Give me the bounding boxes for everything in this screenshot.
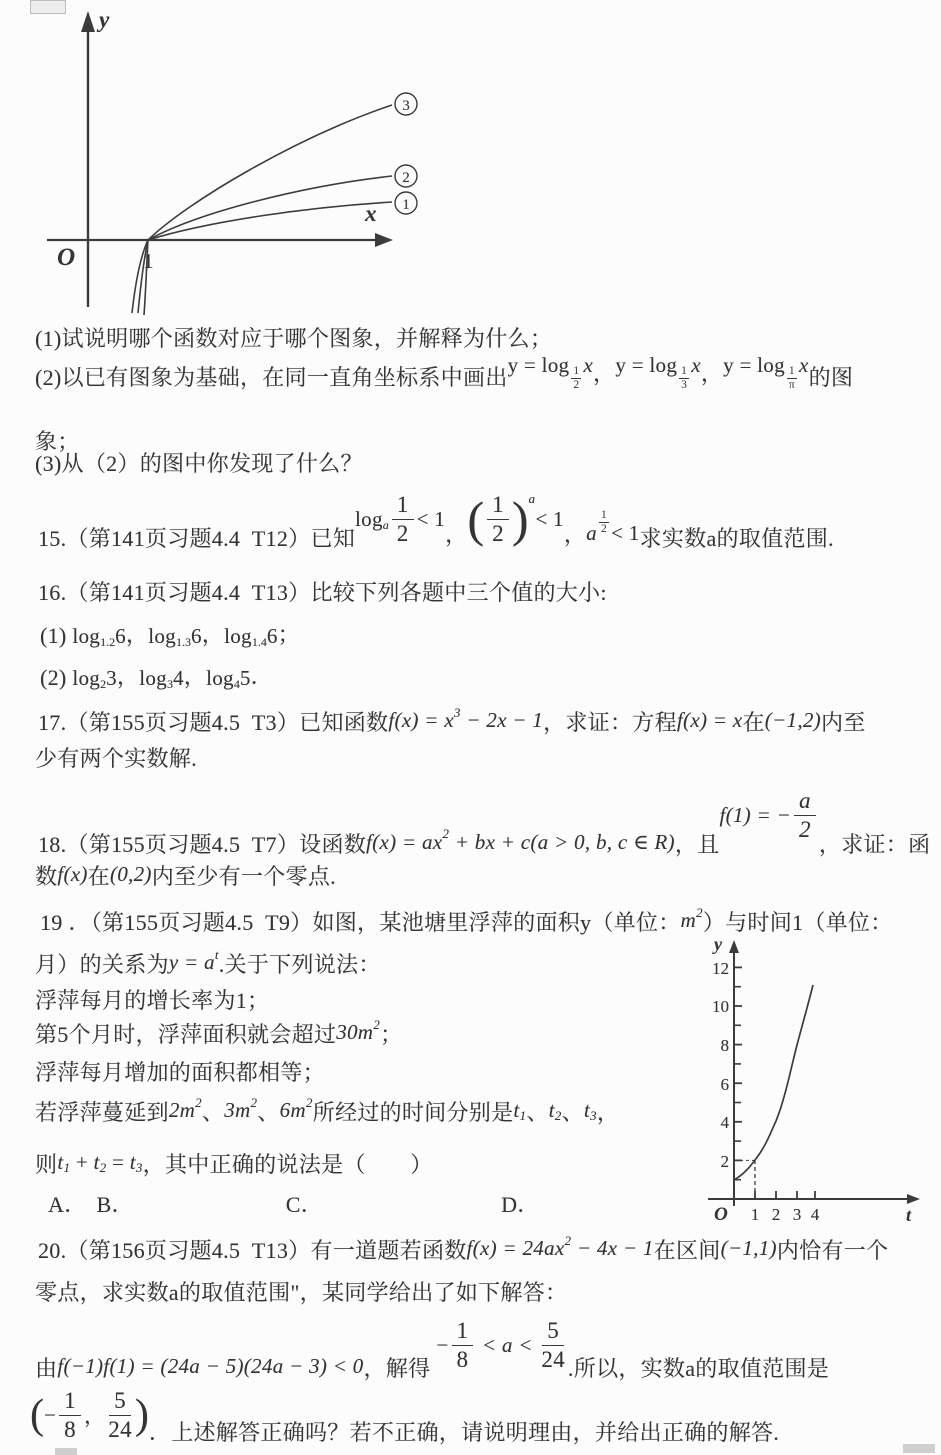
var-subscript: 3: [136, 1160, 143, 1176]
problem-19-statement-2: 第5个月时，浮萍面积就会超过 30m2 ；: [35, 1018, 402, 1049]
log-term: log1.36: [148, 624, 202, 649]
question-1-text: (1)试说明哪个函数对应于哪个图象，并解释为什么；: [35, 322, 552, 353]
y-axis-arrow-icon: [81, 11, 95, 32]
base: a: [586, 521, 597, 546]
operator-plus: +: [70, 1150, 93, 1175]
problem-19-statement-1: 浮萍每月的增长率为1；: [35, 984, 269, 1015]
question-1-line: (1)试说明哪个函数对应于哪个图象，并解释为什么；: [35, 322, 552, 353]
separator: ，: [117, 660, 139, 691]
formula-arg: x: [799, 353, 809, 378]
text: ，其中正确的说法是（ ）: [143, 1148, 433, 1179]
fraction-denominator: π: [789, 379, 795, 392]
minus-sign: −: [436, 1333, 448, 1358]
problem-18-head: 18.（第155页习题4.5 T7）设函数: [38, 828, 366, 859]
separator: 、: [526, 1096, 548, 1127]
left-paren: (: [467, 501, 484, 539]
log-word: log: [148, 624, 176, 649]
unit-6m2: 6m2: [280, 1098, 313, 1123]
separator: ，: [564, 518, 586, 549]
text: ．上述解答正确吗？若不正确，请说明理由，并给出正确的解答.: [149, 1416, 779, 1447]
curve-3: [132, 105, 392, 313]
problem-18-line-2: 数 f(x) 在 (0,2) 内至少有一个零点.: [35, 860, 336, 891]
option-c: C．: [286, 1188, 323, 1219]
problem-20-solution-line: 由 f(−1)f(1) = (24a − 5)(24a − 3) < 0 ，解得…: [35, 1318, 829, 1383]
fraction-denominator: 2: [397, 520, 409, 547]
problem-18-line-1: 18.（第155页习题4.5 T7）设函数 f(x) = ax2 + bx + …: [38, 788, 930, 859]
problem-15-line: 15.（第141页习题4.4 T12）已知 loga12< 1 ， (12)a<…: [38, 492, 834, 553]
relation: < 1: [535, 507, 564, 532]
unit-3m2: 3m2: [224, 1098, 257, 1123]
var-t1: t1: [513, 1098, 526, 1123]
text: 数: [35, 860, 57, 891]
fraction-numerator: 5: [542, 1318, 564, 1346]
problem-19-head: 19 ．（第155页习题4.5 T9）如图，某池塘里浮萍的面积y（单位：: [40, 906, 681, 937]
question-3-text: (3)从（2）的图中你发现了什么？: [35, 447, 363, 478]
fraction: a2: [794, 788, 816, 843]
text: 浮萍每月的增长率为1；: [35, 984, 269, 1015]
unit-exponent: 2: [696, 905, 703, 921]
text: 所经过的时间分别是: [313, 1096, 514, 1127]
unit-30m2: 30m2: [336, 1020, 380, 1045]
document-page: y x O 1 3 2 1 (1)试说明哪个函数对应于哪个图象，并解释为什么； …: [0, 0, 941, 1455]
log-base: 3: [167, 677, 173, 692]
relation: < 1: [417, 507, 446, 532]
text: 浮萍每月增加的面积都相等；: [35, 1056, 325, 1087]
fraction: 18: [452, 1318, 474, 1373]
scan-artifact: [903, 1444, 935, 1453]
text: ，且: [675, 828, 720, 859]
fraction-numerator: 1: [599, 509, 609, 523]
interval-answer: (−18，524): [30, 1388, 149, 1443]
item-label: (1): [40, 623, 72, 649]
log-term: log1.26: [72, 624, 126, 649]
text: ，解得: [363, 1352, 430, 1383]
interval: (−1,2): [765, 708, 821, 733]
problem-17-head: 17.（第155页习题4.5 T3）已知函数: [38, 706, 388, 737]
x-tick-label: 4: [811, 1205, 820, 1224]
text: 由: [35, 1352, 57, 1383]
right-paren: ): [512, 501, 529, 539]
var-t3: t3: [130, 1150, 143, 1175]
separator: ，: [593, 357, 615, 388]
formula-pre: y = a: [169, 950, 215, 975]
formula-y-eq-a-pow-t: y = at: [169, 950, 219, 975]
x-axis-arrow-icon: [907, 1194, 920, 1204]
growth-curve: [734, 985, 813, 1180]
formula-post: − 2x − 1: [461, 708, 543, 733]
problem-15-tail: 求实数a的取值范围.: [640, 522, 834, 553]
formula-fx-cubic: f(x) = x3 − 2x − 1: [388, 708, 543, 733]
curve-2-label: 2: [402, 170, 410, 186]
relation: < 1: [611, 521, 640, 546]
fraction-numerator: 1: [392, 492, 414, 520]
problem-20-line-2: 零点，求实数a的取值范围"，某同学给出了如下解答：: [35, 1276, 567, 1307]
unit-exponent: 2: [306, 1095, 313, 1111]
fraction-denominator: 2: [492, 520, 504, 547]
fraction: 18: [59, 1388, 81, 1443]
right-paren: ): [135, 1400, 149, 1432]
var-subscript: 2: [555, 1108, 562, 1124]
y-tick-label: 12: [712, 959, 729, 978]
formula-post: − 4x − 1: [571, 1236, 653, 1261]
unit-base: 3m: [224, 1098, 250, 1123]
interval: (0,2): [110, 862, 152, 887]
log-base-fraction: 12: [571, 365, 581, 391]
var-subscript: 2: [100, 1160, 107, 1176]
y-axis-arrow-icon: [729, 940, 739, 953]
minus-sign: −: [44, 1403, 56, 1428]
y-tick-label: 6: [721, 1075, 730, 1094]
option-a: A．: [48, 1188, 87, 1219]
y-tick-label: 10: [712, 997, 729, 1016]
formula-log-base-inv-pi: y = log1πx: [723, 352, 808, 378]
formula-pre: f(x) = ax: [366, 830, 442, 855]
inequality-a-range: −18 < a < 524: [436, 1318, 568, 1373]
log-term: log1.46: [224, 624, 278, 649]
question-2-text-end: 的图: [809, 361, 854, 392]
fraction: 524: [108, 1388, 132, 1443]
text: 零点，求实数a的取值范围"，某同学给出了如下解答：: [35, 1276, 567, 1307]
problem-20-line-1: 20.（第156页习题4.5 T13）有一道题若函数 f(x) = 24ax2 …: [38, 1234, 888, 1265]
item-end: ；: [278, 618, 300, 649]
formula-product: f(−1)f(1) = (24a − 5)(24a − 3) < 0: [57, 1354, 363, 1379]
problem-16-head: 16.（第141页习题4.4 T13）比较下列各题中三个值的大小:: [38, 576, 607, 607]
exponent-fraction: 12: [599, 509, 609, 535]
formula-arg: x: [583, 353, 593, 378]
curve-3-label: 3: [402, 98, 410, 114]
y-axis-label: y: [96, 7, 110, 32]
option-b: B．: [97, 1188, 134, 1219]
text: 在区间: [654, 1234, 721, 1265]
x-axis-label: x: [364, 201, 377, 226]
question-3-line: (3)从（2）的图中你发现了什么？: [35, 447, 363, 478]
log-arg: 4: [173, 666, 184, 691]
formula-f1-eq-neg-a-half: f(1) = −a2: [719, 788, 818, 843]
problem-17-line-1: 17.（第155页习题4.5 T3）已知函数 f(x) = x3 − 2x − …: [38, 706, 866, 737]
log-term: log23: [72, 666, 117, 691]
exponent: a: [529, 491, 536, 507]
x-tick-label: 1: [751, 1205, 760, 1224]
formula-arg: x: [691, 353, 701, 378]
formula-half-pow-a: (12)a< 1: [467, 492, 563, 547]
log-arg: 6: [115, 624, 126, 649]
fraction: 12: [487, 492, 509, 547]
formula-24ax2: f(x) = 24ax2 − 4x − 1: [467, 1236, 654, 1261]
log-word: log: [224, 624, 252, 649]
formula-log-base-third: y = log13x: [615, 352, 700, 378]
origin-label: O: [714, 1204, 728, 1225]
text: 第5个月时，浮萍面积就会超过: [35, 1018, 336, 1049]
log-base: 4: [234, 677, 240, 692]
x-tick-label: 3: [793, 1205, 802, 1224]
problem-19-options: A． B． C． D．: [48, 1188, 540, 1219]
log-base: 1.4: [252, 635, 267, 650]
separator: ，: [184, 660, 206, 691]
log-arg: 6: [191, 624, 202, 649]
fraction-denominator: 2: [799, 816, 811, 843]
problem-16-item-2: (2) log23 ， log34 ， log45 ．: [40, 660, 273, 691]
fraction-numerator: 1: [571, 365, 581, 379]
fraction-denominator: 24: [108, 1416, 132, 1443]
left-paren: (: [30, 1400, 44, 1432]
text: 内至少有一个零点.: [152, 860, 336, 891]
log-word: log: [72, 666, 100, 691]
problem-20-head: 20.（第156页习题4.5 T13）有一道题若函数: [38, 1234, 467, 1265]
formula-pre: y = log: [615, 353, 677, 378]
text: 少有两个实数解.: [35, 742, 197, 773]
text: ，: [597, 1096, 619, 1127]
formula-a-pow-half: a12< 1: [586, 520, 639, 546]
fraction-denominator: 8: [457, 1346, 469, 1373]
text: 在: [742, 706, 764, 737]
separator: ，: [84, 1400, 105, 1430]
separator: 、: [257, 1096, 279, 1127]
x-axis-arrow-icon: [375, 233, 393, 247]
log-arg: 5: [240, 666, 251, 691]
fraction-numerator: 1: [487, 492, 509, 520]
curve-1: [144, 202, 392, 315]
fraction-denominator: 2: [573, 379, 579, 392]
fraction-denominator: 2: [601, 523, 607, 536]
separator: ，: [701, 357, 723, 388]
text: ，求证：函: [819, 828, 931, 859]
fraction: 12: [392, 492, 414, 547]
fraction-numerator: 1: [452, 1318, 474, 1346]
unit-base: 6m: [280, 1098, 306, 1123]
text: 月）的关系为: [35, 948, 169, 979]
separator: 、: [562, 1096, 584, 1127]
x-axis-label: t: [906, 1205, 912, 1225]
formula-pre: log: [355, 507, 383, 532]
log-word: log: [139, 666, 167, 691]
log-base: 2: [100, 677, 106, 692]
fraction-denominator: 3: [681, 379, 687, 392]
formula-pre: f(x) = x: [388, 708, 454, 733]
text: ；: [380, 1018, 402, 1049]
fraction-denominator: 24: [541, 1346, 565, 1373]
problem-19-statement-5: 则 t1 + t2 = t3 ，其中正确的说法是（ ）: [35, 1148, 433, 1179]
text: 若浮萍蔓延到: [35, 1096, 169, 1127]
unit-base: 30m: [336, 1020, 373, 1045]
unit-base: 2m: [169, 1098, 195, 1123]
log-word: log: [72, 624, 100, 649]
log-base: 1.3: [176, 635, 191, 650]
separator: 、: [202, 1096, 224, 1127]
fraction-numerator: 1: [679, 365, 689, 379]
var-subscript: 1: [520, 1108, 527, 1124]
problem-20-final-line: (−18，524) ．上述解答正确吗？若不正确，请说明理由，并给出正确的解答.: [30, 1388, 779, 1447]
unit-m2: m2: [681, 908, 703, 933]
text: 则: [35, 1148, 57, 1179]
formula-log-a-half: loga12< 1: [355, 492, 445, 547]
var-subscript: 3: [590, 1108, 597, 1124]
y-tick-label: 8: [721, 1036, 730, 1055]
curve-1-label: 1: [402, 197, 410, 213]
log-base-fraction: 1π: [787, 365, 797, 391]
item-label: (2): [40, 665, 72, 691]
text: 内至: [821, 706, 866, 737]
problem-19-line-2: 月）的关系为 y = at .关于下列说法：: [35, 948, 381, 979]
text: 内恰有一个: [777, 1234, 889, 1265]
unit-exponent: 2: [250, 1095, 257, 1111]
problem-19-statement-3: 浮萍每月增加的面积都相等；: [35, 1056, 325, 1087]
text: .所以，实数a的取值范围是: [568, 1352, 829, 1383]
problem-15-head: 15.（第141页习题4.4 T12）已知: [38, 522, 355, 553]
formula-pre: y = log: [723, 353, 785, 378]
formula-pre: y = log: [508, 353, 570, 378]
fraction: 524: [541, 1318, 565, 1373]
separator: ，: [445, 518, 467, 549]
log-base-sub: a: [383, 518, 389, 533]
question-2-line: (2)以已有图象为基础，在同一直角坐标系中画出 y = log12x ， y =…: [35, 352, 853, 392]
fraction-numerator: 5: [109, 1388, 131, 1416]
formula-pre: f(x) = 24ax: [467, 1236, 565, 1261]
formula-fx-eq-x: f(x) = x: [677, 708, 743, 733]
option-d: D．: [501, 1188, 540, 1219]
question-2-text: (2)以已有图象为基础，在同一直角坐标系中画出: [35, 361, 508, 392]
var-t2: t2: [549, 1098, 562, 1123]
var-subscript: 1: [63, 1160, 70, 1176]
unit-base: m: [681, 908, 696, 933]
exponent: 2: [564, 1233, 571, 1249]
log-arg: 3: [106, 666, 117, 691]
fraction-numerator: 1: [787, 365, 797, 379]
fraction-numerator: a: [794, 788, 816, 816]
problem-16-line: 16.（第141页习题4.4 T13）比较下列各题中三个值的大小:: [38, 576, 607, 607]
text: ，求证：方程: [543, 706, 677, 737]
separator: ，: [126, 618, 148, 649]
log-base-fraction: 13: [679, 365, 689, 391]
unit-exponent: 2: [373, 1017, 380, 1033]
y-tick-label: 4: [721, 1113, 730, 1132]
var-t1: t1: [57, 1150, 70, 1175]
relation: < a <: [476, 1333, 538, 1358]
interval: (−1,1): [721, 1236, 777, 1261]
operator-equals: =: [106, 1150, 129, 1175]
exponent: 2: [442, 826, 449, 842]
formula-pre: f(1) = −: [719, 803, 791, 828]
problem-19-statement-4: 若浮萍蔓延到 2m2 、 3m2 、 6m2 所经过的时间分别是 t1 、 t2…: [35, 1096, 619, 1127]
y-axis-label: y: [712, 934, 723, 954]
y-tick-label: 2: [721, 1152, 730, 1171]
var-t3: t3: [584, 1098, 597, 1123]
formula-post: + bx + c(a > 0, b, c ∈ R): [449, 830, 675, 855]
fraction-numerator: 1: [59, 1388, 81, 1416]
log-arg: 6: [267, 624, 278, 649]
log-term: log34: [139, 666, 184, 691]
formula-log-base-half: y = log12x: [508, 352, 593, 378]
log-base: 1.2: [100, 635, 115, 650]
log-term: log45: [206, 666, 251, 691]
formula-quadratic: f(x) = ax2 + bx + c(a > 0, b, c ∈ R): [366, 830, 675, 855]
exponent: 3: [454, 705, 461, 721]
fraction-denominator: 8: [64, 1416, 76, 1443]
scan-artifact: [55, 1448, 77, 1455]
text: 在: [88, 860, 110, 891]
var-t2: t2: [94, 1150, 107, 1175]
origin-label: O: [57, 244, 75, 271]
problem-16-item-1: (1) log1.26 ， log1.36 ， log1.46 ；: [40, 618, 300, 649]
log-word: log: [206, 666, 234, 691]
duckweed-growth-figure: y t O 2 4 6 8 10 12 1 2 3 4: [698, 933, 941, 1228]
item-end: ．: [251, 660, 273, 691]
log-curves-figure: y x O 1 3 2 1: [35, 5, 435, 317]
formula-fx: f(x): [57, 862, 87, 887]
separator: ，: [202, 618, 224, 649]
unit-exponent: 2: [195, 1095, 202, 1111]
x-tick-label: 2: [772, 1205, 781, 1224]
curve-2: [138, 176, 392, 313]
text: .关于下列说法：: [219, 948, 381, 979]
unit-2m2: 2m2: [169, 1098, 202, 1123]
problem-17-line-2: 少有两个实数解.: [35, 742, 197, 773]
exponent: t: [215, 947, 219, 963]
